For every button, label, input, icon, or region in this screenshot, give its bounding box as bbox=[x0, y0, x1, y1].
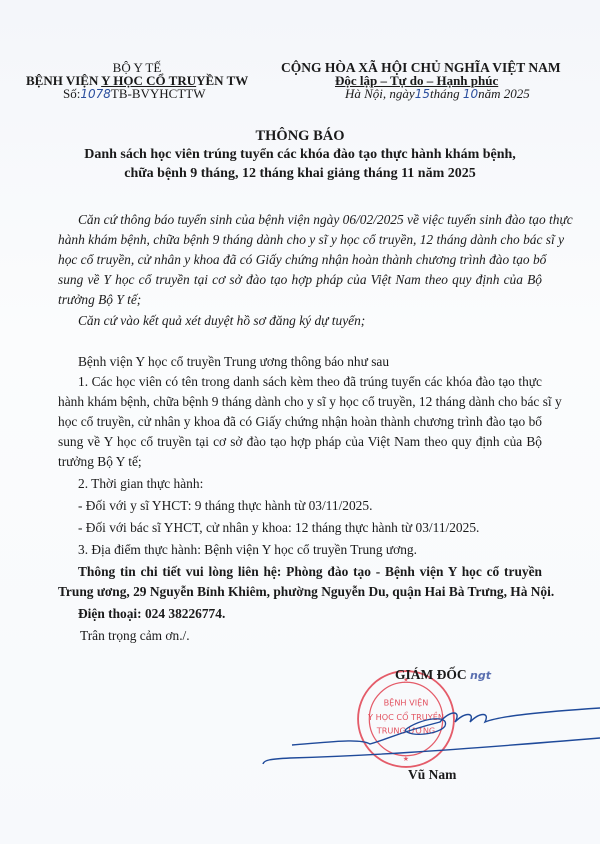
number-label: Số: bbox=[63, 86, 80, 101]
contact-line: Trung ương, 29 Nguyễn Bỉnh Khiêm, phường… bbox=[58, 582, 542, 602]
item-2-detail-b: - Đối với bác sĩ YHCT, cử nhân y khoa: 1… bbox=[58, 518, 542, 538]
issue-date: Hà Nội, ngày15tháng 10năm 2025 bbox=[345, 86, 530, 102]
preamble-line: hành khám bệnh, chữa bệnh 9 tháng dành c… bbox=[58, 230, 542, 250]
handwritten-signature bbox=[0, 660, 600, 780]
item-1-line: trưởng Bộ Y tế; bbox=[58, 452, 542, 472]
preamble-paragraph-2: Căn cứ vào kết quả xét duyệt hồ sơ đăng … bbox=[58, 311, 542, 331]
preamble-line: sung về Y học cổ truyền tại cơ sở đào tạ… bbox=[58, 270, 542, 290]
contact-info: Thông tin chi tiết vui lòng liên hệ: Phò… bbox=[58, 562, 542, 602]
item-1-line: sung về Y học cổ truyền tại cơ sở đào tạ… bbox=[58, 432, 542, 452]
number-handwritten: 1078 bbox=[80, 87, 111, 101]
document-title: THÔNG BÁO bbox=[0, 128, 600, 145]
announcement-intro: Bệnh viện Y học cổ truyền Trung ương thô… bbox=[58, 352, 542, 372]
item-1-line: học cổ truyền, cử nhân y khoa đã có Giấy… bbox=[58, 412, 542, 432]
month-handwritten: 10 bbox=[463, 87, 478, 101]
preamble-line: Căn cứ thông báo tuyển sinh của bệnh việ… bbox=[58, 210, 542, 230]
item-2-title: 2. Thời gian thực hành: bbox=[58, 474, 542, 494]
contact-phone: Điện thoại: 024 38226774. bbox=[58, 604, 542, 624]
signer-name: Vũ Nam bbox=[408, 767, 456, 783]
signer-title: GIÁM ĐỐC ngt bbox=[395, 667, 491, 683]
document-number: Số:1078TB-BVYHCTTW bbox=[63, 86, 206, 102]
signer-title-text: GIÁM ĐỐC bbox=[395, 667, 467, 682]
stamp-text-line-2: Y HỌC CỔ TRUYỀN bbox=[367, 710, 444, 722]
date-prefix: Hà Nội, ngày bbox=[345, 86, 415, 101]
preamble-paragraph-1: Căn cứ thông báo tuyển sinh của bệnh việ… bbox=[58, 210, 542, 310]
closing-line: Trân trọng cảm ơn./. bbox=[58, 626, 542, 646]
date-month-label: tháng bbox=[430, 86, 460, 101]
official-stamp: BỆNH VIỆN Y HỌC CỔ TRUYỀN TRUNG ƯƠNG ★ ★ bbox=[355, 668, 457, 770]
document-page: BỘ Y TẾ BỆNH VIỆN Y HỌC CỔ TRUYỀN TW Số:… bbox=[0, 0, 600, 844]
item-1-line: 1. Các học viên có tên trong danh sách k… bbox=[58, 372, 542, 392]
item-1-line: hành khám bệnh, chữa bệnh 9 tháng dành c… bbox=[58, 392, 542, 412]
date-year: năm 2025 bbox=[478, 86, 530, 101]
item-3: 3. Địa điểm thực hành: Bệnh viện Y học c… bbox=[58, 540, 542, 560]
document-subtitle-line-1: Danh sách học viên trúng tuyển các khóa … bbox=[0, 147, 600, 163]
stamp-text-line-3: TRUNG ƯƠNG bbox=[376, 725, 436, 735]
document-subtitle-line-2: chữa bệnh 9 tháng, 12 tháng khai giảng t… bbox=[0, 166, 600, 182]
day-handwritten: 15 bbox=[415, 87, 430, 101]
number-code: TB-BVYHCTTW bbox=[111, 86, 206, 101]
item-2-detail-a: - Đối với y sĩ YHCT: 9 tháng thực hành t… bbox=[58, 496, 542, 516]
preamble-line: trưởng Bộ Y tế; bbox=[58, 290, 542, 310]
item-1: 1. Các học viên có tên trong danh sách k… bbox=[58, 372, 542, 472]
stamp-star-icon: ★ bbox=[403, 755, 409, 763]
contact-line: Thông tin chi tiết vui lòng liên hệ: Phò… bbox=[58, 562, 542, 582]
stamp-text-line-1: BỆNH VIỆN bbox=[384, 697, 429, 709]
preamble-line: học cổ truyền, cử nhân y khoa đã có Giấy… bbox=[58, 250, 542, 270]
initials-handwritten: ngt bbox=[470, 669, 491, 682]
